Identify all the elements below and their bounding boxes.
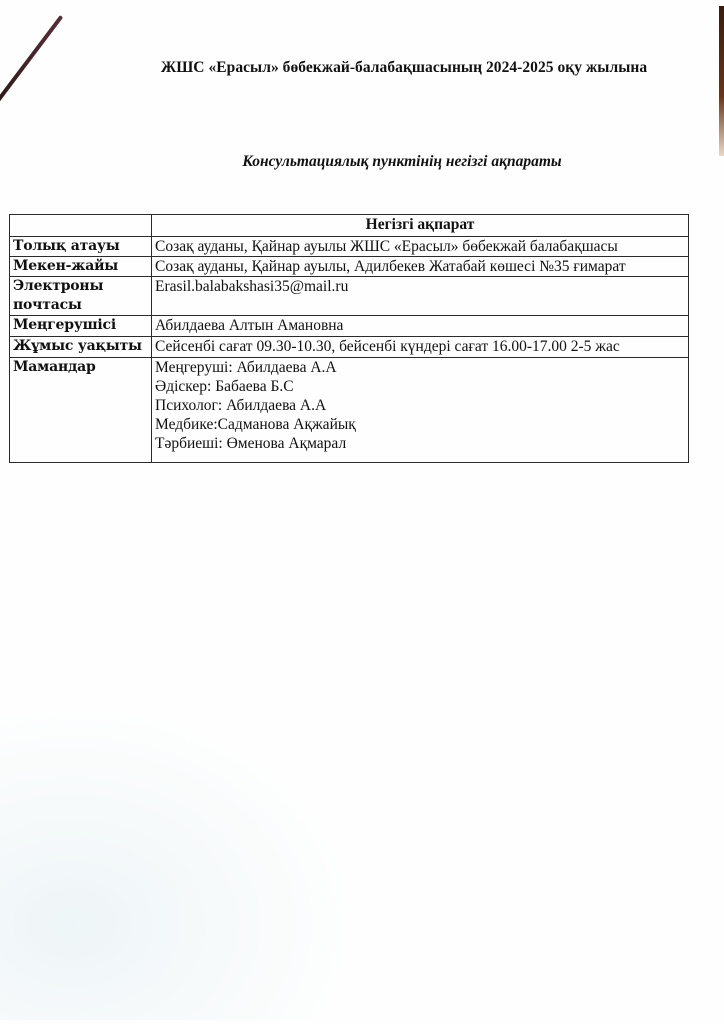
table-row-full-name: Толық атауы Созақ ауданы, Қайнар ауылы Ж… <box>10 237 689 257</box>
scan-background-noise <box>0 700 360 1020</box>
header-cell-empty <box>10 215 152 237</box>
page-edge-shadow-right <box>719 6 724 156</box>
row-label: Меңгерушісі <box>10 316 152 337</box>
specialist-item: Әдіскер: Бабаева Б.С <box>155 377 685 396</box>
row-value: Абилдаева Алтын Амановна <box>152 316 689 337</box>
specialist-item: Тәрбиеші: Өменова Ақмарал <box>155 434 685 453</box>
row-label: Жұмыс уақыты <box>10 337 152 358</box>
table-row-specialists: Мамандар Меңгеруші: Абилдаева А.А Әдіске… <box>10 358 689 463</box>
specialist-item: Медбике:Садманова Ақжайық <box>155 415 685 434</box>
row-label: Мамандар <box>10 358 152 463</box>
row-value: Созақ ауданы, Қайнар ауылы, Адилбекев Жа… <box>152 257 689 277</box>
table-row-working-hours: Жұмыс уақыты Сейсенбі сағат 09.30-10.30,… <box>10 337 689 358</box>
table-row-address: Мекен-жайы Созақ ауданы, Қайнар ауылы, А… <box>10 257 689 277</box>
row-label: Мекен-жайы <box>10 257 152 277</box>
table-row-head: Меңгерушісі Абилдаева Алтын Амановна <box>10 316 689 337</box>
row-value: Сейсенбі сағат 09.30-10.30, бейсенбі күн… <box>152 337 689 358</box>
row-label: Электроны почтасы <box>10 277 152 316</box>
row-value: Созақ ауданы, Қайнар ауылы ЖШС «Ерасыл» … <box>152 237 689 257</box>
specialists-list: Меңгеруші: Абилдаева А.А Әдіскер: Бабаев… <box>152 358 689 463</box>
header-cell-main-info: Негізгі ақпарат <box>152 215 689 237</box>
consultation-info-table: Негізгі ақпарат Толық атауы Созақ ауданы… <box>9 214 689 463</box>
document-subtitle: Консультациялық пунктінің негізгі ақпара… <box>0 153 724 171</box>
table-row-email: Электроны почтасы Erasil.balabakshasi35@… <box>10 277 689 316</box>
table-header-row: Негізгі ақпарат <box>10 215 689 237</box>
row-label: Толық атауы <box>10 237 152 257</box>
document-title: ЖШС «Ерасыл» бөбекжай-балабақшасының 202… <box>0 59 724 77</box>
email-value: Erasil.balabakshasi35@mail.ru <box>152 277 689 316</box>
specialist-item: Психолог: Абилдаева А.А <box>155 396 685 415</box>
specialist-item: Меңгеруші: Абилдаева А.А <box>155 358 685 377</box>
